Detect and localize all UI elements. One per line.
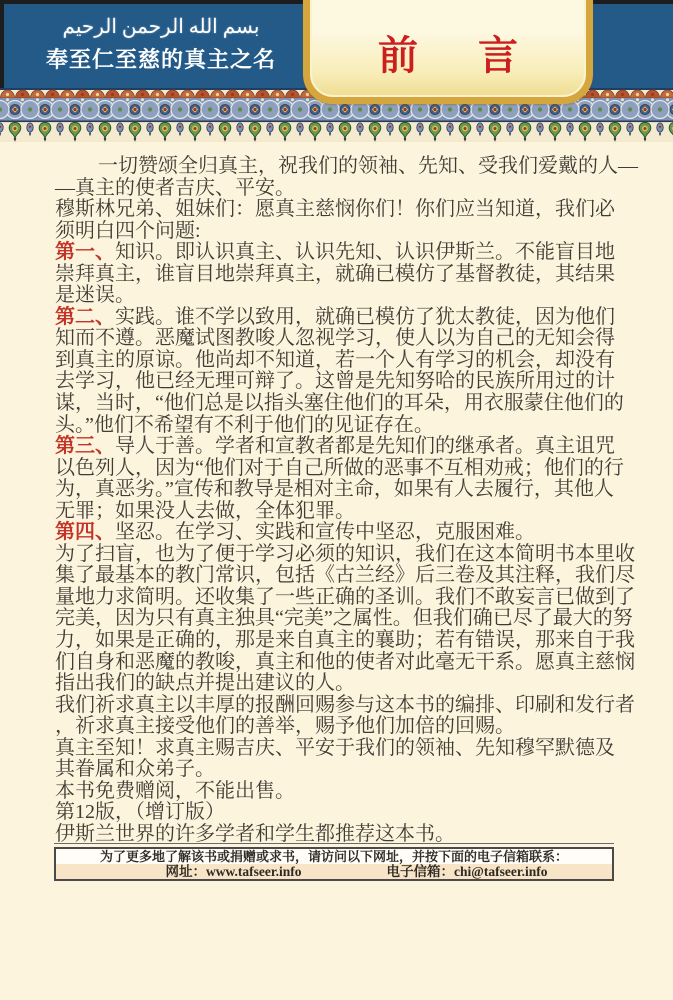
- body-line: 到真主的原谅。他尚却不知道，若一个人有学习的机会，却没有: [55, 350, 620, 372]
- body-line: 一切赞颂全归真主，祝我们的领袖、先知、受我们爱戴的人—: [55, 156, 620, 178]
- body-line: 完美，因为只有真主独具“完美”之属性。但我们确已尽了最大的努: [55, 608, 620, 630]
- body-line: 头。”他们不希望有不利于他们的见证存在。: [55, 415, 620, 437]
- body-line: 第一、知识。即认识真主、认识先知、认识伊斯兰。不能盲目地: [55, 242, 620, 264]
- contact-box: 为了更多地了解该书或捐赠或求书，请访问以下网址，并按下面的电子信箱联系： 网址：…: [54, 847, 614, 881]
- body-line: 本书免费赠阅，不能出售。: [55, 781, 620, 803]
- body-line: —真主的使者吉庆、平安。: [55, 178, 620, 200]
- bismillah-block: بسم الله الرحمن الرحيم 奉至仁至慈的真主之名: [8, 10, 314, 73]
- body-line: 谋，当时，“他们总是以指头塞住他们的耳朵，用衣服蒙住他们的: [55, 393, 620, 415]
- footer-divider: [54, 843, 614, 844]
- contact-notice: 为了更多地了解该书或捐赠或求书，请访问以下网址，并按下面的电子信箱联系：: [56, 849, 612, 864]
- preface-body-text: 一切赞颂全归真主，祝我们的领袖、先知、受我们爱戴的人——真主的使者吉庆、平安。穆…: [55, 156, 620, 846]
- body-line: 以色列人，因为“他们对于自己所做的恶事不互相劝戒；他们的行: [55, 458, 620, 480]
- body-line: 知而不遵。恶魔试图教唆人忽视学习，使人以为自己的无知会得: [55, 328, 620, 350]
- page-title: 前 言: [368, 24, 528, 97]
- email-label: 电子信箱：: [387, 864, 455, 879]
- body-line: ，祈求真主接受他们的善举，赐予他们加倍的回赐。: [55, 716, 620, 738]
- body-line: 第四、坚忍。在学习、实践和宣传中坚忍，克服困难。: [55, 522, 620, 544]
- body-line: 第三、导人于善。学者和宣教者都是先知们的继承者。真主诅咒: [55, 436, 620, 458]
- point-number-label: 第二、: [55, 306, 115, 328]
- body-line: 为，真恶劣。”宣传和教导是相对主命，如果有人去履行，其他人: [55, 479, 620, 501]
- body-line: 去学习，他已经无理可辩了。这曾是先知努哈的民族所用过的计: [55, 371, 620, 393]
- website-label: 网址：: [166, 864, 207, 879]
- email-entry: 电子信箱：chi@tafseer.info: [387, 864, 548, 879]
- body-line: 我们祈求真主以丰厚的报酬回赐参与这本书的编排、印刷和发行者: [55, 695, 620, 717]
- body-line: 是迷误。: [55, 285, 620, 307]
- body-line: 穆斯林兄弟、姐妹们：愿真主慈悯你们！你们应当知道，我们必: [55, 199, 620, 221]
- contact-details: 网址：www.tafseer.info 电子信箱：chi@tafseer.inf…: [56, 864, 612, 879]
- body-line: 第12版，（增订版）: [55, 802, 620, 824]
- website-url: www.tafseer.info: [206, 864, 302, 879]
- body-line: 指出我们的缺点并提出建议的人。: [55, 673, 620, 695]
- website-entry: 网址：www.tafseer.info: [166, 864, 302, 879]
- body-line: 真主至知！求真主赐吉庆、平安于我们的领袖、先知穆罕默德及: [55, 738, 620, 760]
- point-number-label: 第一、: [55, 241, 115, 263]
- body-line: 量地力求简明。还收集了一些正确的圣训。我们不敢妄言已做到了: [55, 587, 620, 609]
- email-address: chi@tafseer.info: [454, 864, 547, 879]
- body-line: 为了扫盲，也为了便于学习必须的知识，我们在这本简明书本里收: [55, 544, 620, 566]
- point-number-label: 第四、: [55, 521, 115, 543]
- body-line: 集了最基本的教门常识，包括《古兰经》后三卷及其注释，我们尽: [55, 565, 620, 587]
- preface-title-box: 前 言: [303, 0, 593, 104]
- body-line: 第二、实践。谁不学以致用，就确已模仿了犹太教徒，因为他们: [55, 307, 620, 329]
- body-line: 其眷属和众弟子。: [55, 759, 620, 781]
- point-number-label: 第三、: [55, 435, 115, 457]
- scanned-document-page: بسم الله الرحمن الرحيم 奉至仁至慈的真主之名 前 言: [0, 0, 673, 1000]
- body-line: 须明白四个问题:: [55, 221, 620, 243]
- body-line: 崇拜真主，谁盲目地崇拜真主，就确已模仿了基督教徒，其结果: [55, 264, 620, 286]
- body-line: 们自身和恶魔的教唆，真主和他的使者对此毫无干系。愿真主慈悯: [55, 652, 620, 674]
- bismillah-chinese: 奉至仁至慈的真主之名: [46, 47, 276, 73]
- body-line: 力，如果是正确的，那是来自真主的襄助；若有错误，那来自于我: [55, 630, 620, 652]
- body-line: 无罪；如果没人去做，全体犯罪。: [55, 501, 620, 523]
- bismillah-arabic-calligraphy: بسم الله الرحمن الرحيم: [63, 10, 260, 44]
